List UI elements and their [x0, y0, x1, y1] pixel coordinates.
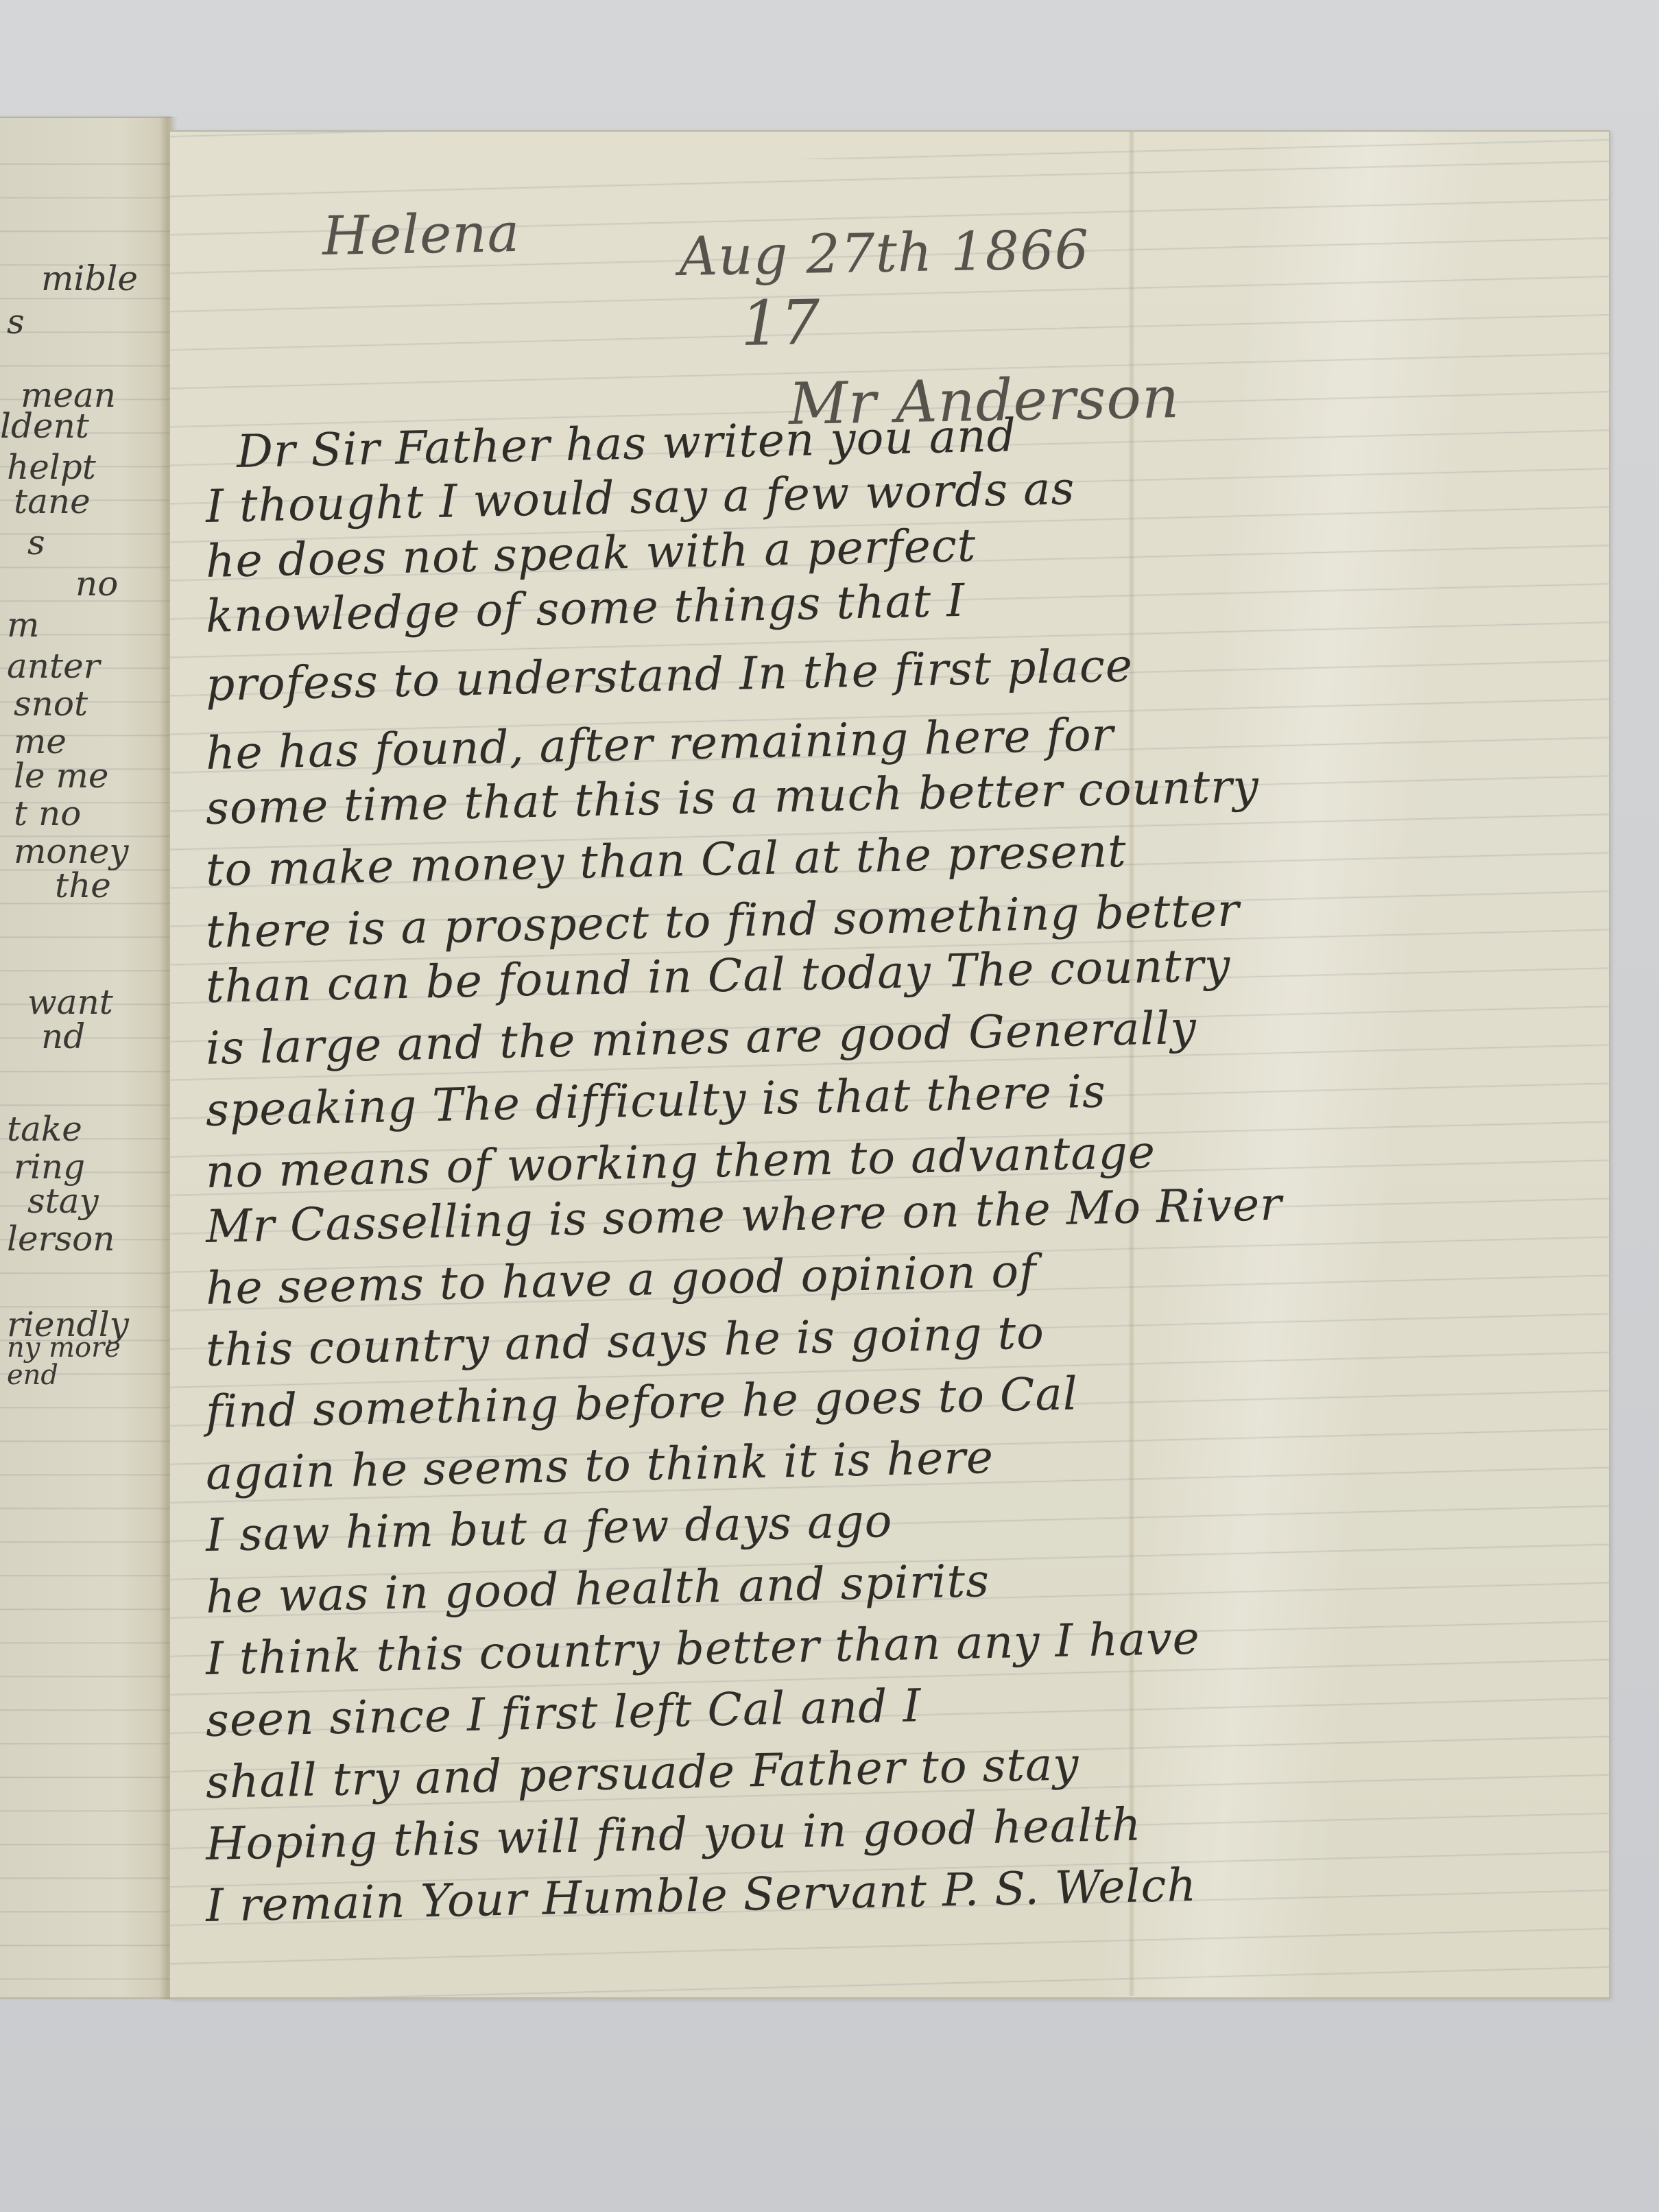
page-mark: 17	[740, 287, 821, 360]
left-fragment-line: snot	[14, 684, 88, 724]
left-fragment-line: t no	[14, 794, 81, 833]
left-fragment-line: s	[27, 523, 45, 562]
left-fragment-line: stay	[27, 1181, 99, 1221]
left-fragment-line: mible	[41, 259, 138, 298]
left-fragment-line: no	[75, 564, 118, 604]
left-fragment-line: nd	[41, 1016, 85, 1056]
left-fragment-line: lerson	[7, 1219, 115, 1259]
left-fragment-line: s	[7, 302, 25, 342]
left-fragment-line: tane	[14, 481, 91, 521]
left-fragment-line: le me	[14, 756, 108, 796]
left-fragment-line: m	[7, 605, 39, 645]
left-fragment-line: the	[55, 866, 111, 905]
left-fragment-line: anter	[7, 646, 100, 686]
left-fragment-line: end	[7, 1359, 58, 1391]
left-fragment-line: ldent	[0, 406, 89, 446]
left-page-fragment: mible s mean ldent helpt tane s no m ant…	[0, 117, 171, 1999]
letter-date: Aug 27th 1866	[678, 219, 1090, 288]
letter-place: Helena	[322, 202, 521, 267]
left-fragment-line: take	[7, 1109, 82, 1149]
